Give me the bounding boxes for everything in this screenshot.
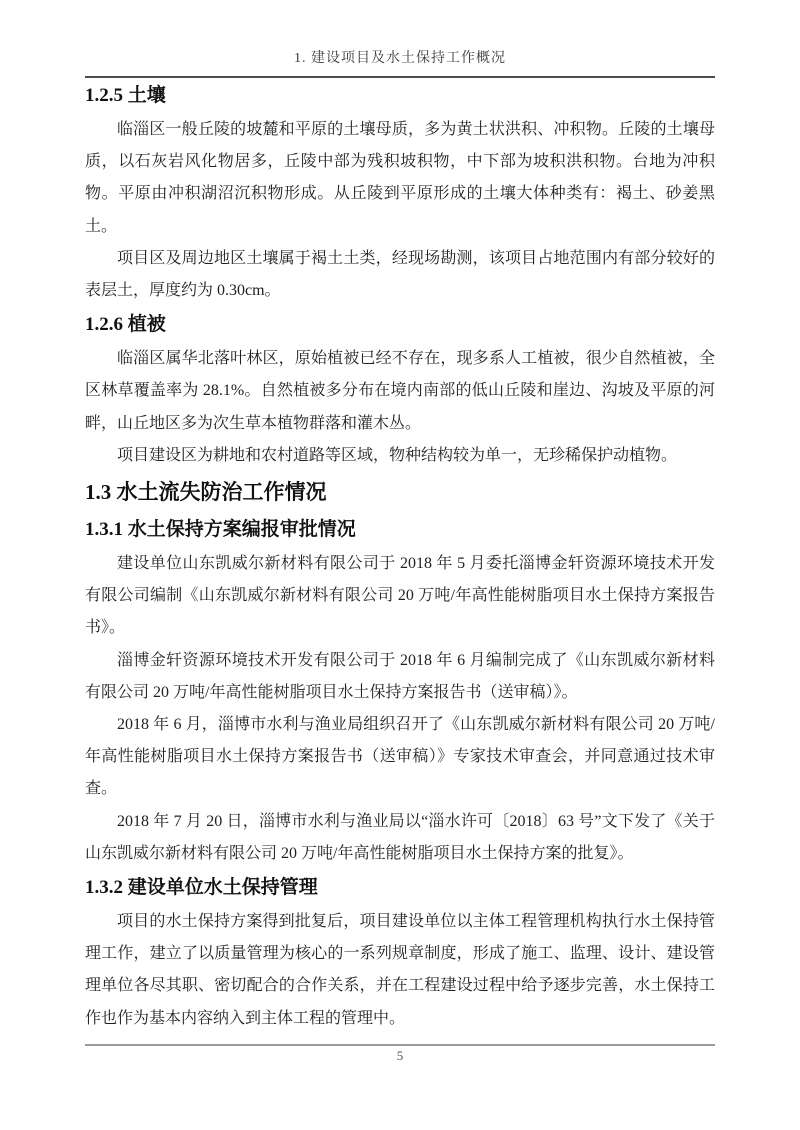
paragraph: 临淄区一般丘陵的坡麓和平原的土壤母质，多为黄土状洪积、冲积物。丘陵的土壤母质，以…: [85, 114, 715, 243]
running-header-title: 1. 建设项目及水土保持工作概况: [294, 51, 506, 66]
page-number: 5: [397, 1048, 404, 1064]
paragraph: 项目建设区为耕地和农村道路等区域，物种结构较为单一，无珍稀保护动植物。: [85, 440, 715, 472]
paragraph: 2018 年 7 月 20 日，淄博市水利与渔业局以“淄水许可〔2018〕63 …: [85, 806, 715, 870]
page-header: 1. 建设项目及水土保持工作概况: [85, 0, 715, 78]
page-footer: 5: [85, 1044, 715, 1065]
paragraph: 项目区及周边地区土壤属于褐土土类，经现场勘测，该项目占地范围内有部分较好的表层土…: [85, 243, 715, 307]
document-body: 1.2.5 土壤临淄区一般丘陵的坡麓和平原的土壤母质，多为黄土状洪积、冲积物。丘…: [85, 78, 715, 1035]
document-page: 1. 建设项目及水土保持工作概况 1.2.5 土壤临淄区一般丘陵的坡麓和平原的土…: [0, 0, 800, 1130]
paragraph: 项目的水土保持方案得到批复后，项目建设单位以主体工程管理机构执行水土保持管理工作…: [85, 906, 715, 1035]
section-heading: 1.3.1 水土保持方案编报审批情况: [85, 512, 715, 548]
section-heading: 1.2.5 土壤: [85, 78, 715, 114]
paragraph: 临淄区属华北落叶林区，原始植被已经不存在，现多系人工植被，很少自然植被，全区林草…: [85, 343, 715, 440]
section-heading: 1.3 水土流失防治工作情况: [85, 472, 715, 512]
paragraph: 2018 年 6 月，淄博市水利与渔业局组织召开了《山东凯威尔新材料有限公司 2…: [85, 709, 715, 806]
paragraph: 淄博金轩资源环境技术开发有限公司于 2018 年 6 月编制完成了《山东凯威尔新…: [85, 645, 715, 709]
section-heading: 1.3.2 建设单位水土保持管理: [85, 870, 715, 906]
section-heading: 1.2.6 植被: [85, 307, 715, 343]
paragraph: 建设单位山东凯威尔新材料有限公司于 2018 年 5 月委托淄博金轩资源环境技术…: [85, 548, 715, 645]
text-column: 1. 建设项目及水土保持工作概况 1.2.5 土壤临淄区一般丘陵的坡麓和平原的土…: [85, 0, 715, 1035]
